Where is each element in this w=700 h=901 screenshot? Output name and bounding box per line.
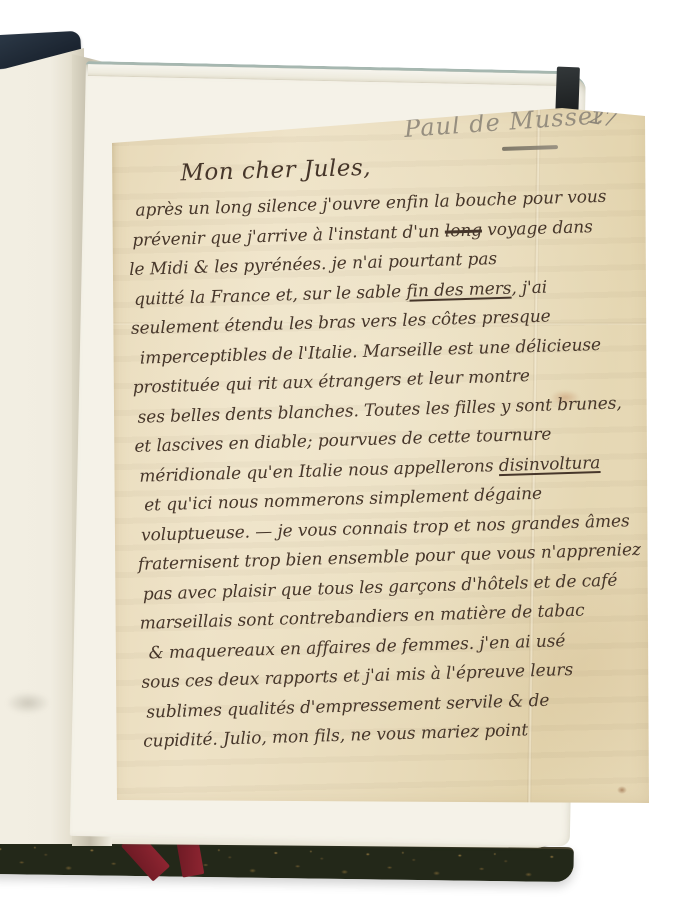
letter-text-segment: , j'ai — [511, 277, 547, 298]
letter-text: Mon cher Jules, après un long silence j'… — [126, 147, 659, 758]
letter-stain-small — [617, 786, 627, 794]
photograph-background: Paul de Musset 27 Mon cher Jules, après … — [0, 0, 700, 901]
folio-number: 27 — [588, 104, 618, 132]
letter-text-segment: cupidité. Julio, mon fils, ne vous marie… — [143, 720, 529, 751]
letter-text-segment: le Midi & les pyrénées. je n'ai pourtant… — [129, 249, 497, 280]
letter-text-segment: voyage dans — [482, 217, 593, 240]
letter-text-segment: quitté la France et, sur le sable — [134, 281, 407, 309]
letter-body: après un long silence j'ouvre enfin la b… — [127, 182, 659, 758]
letter-text-segment: prévenir que j'arrive à l'instant d'un — [132, 221, 445, 250]
letter-text-segment: méridionale qu'en Italie nous appelleron… — [139, 456, 499, 487]
left-page-smudge — [6, 692, 50, 714]
album-page-top-edge — [88, 64, 580, 86]
underlined-word: fin des mers — [406, 278, 512, 301]
struck-word: long — [445, 220, 483, 241]
underlined-word: disinvoltura — [498, 453, 600, 476]
letter-sheet: Paul de Musset 27 Mon cher Jules, après … — [112, 106, 649, 804]
